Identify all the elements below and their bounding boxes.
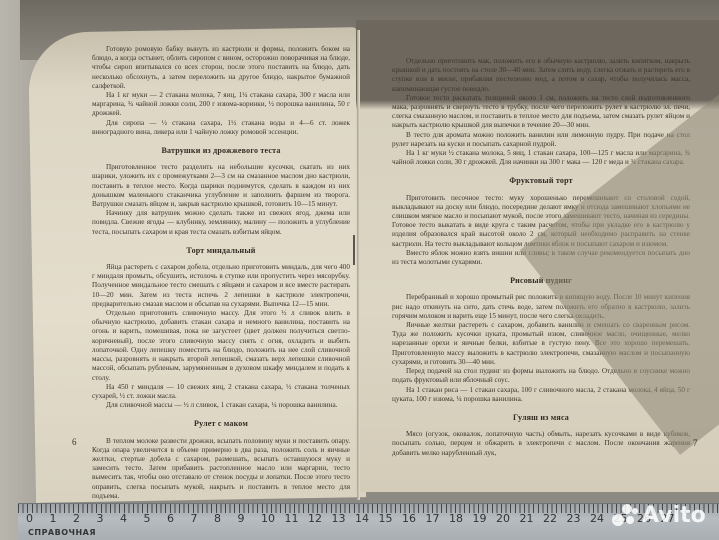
ruler-numbers: 0123456789101112131415161718192021222324…	[26, 512, 684, 525]
ruler-number: 14	[355, 512, 379, 525]
paragraph: На 1 кг муки — 2 стакана молока, 7 яиц, …	[92, 91, 350, 119]
ruler-number: 6	[167, 512, 191, 525]
paragraph: Приготовленное тесто разделить на неболь…	[92, 163, 350, 209]
left-page-text: Готовую ромовую бабку вынуть из кастрюли…	[92, 45, 350, 501]
ruler-number: 1	[50, 512, 74, 525]
paragraph: Яйца растереть с сахаром добела, отдельн…	[92, 263, 350, 309]
ruler-number: 3	[97, 512, 121, 525]
recipe-title: Торт миндальный	[92, 246, 350, 255]
page-number-right: 7	[693, 438, 698, 448]
page-number-left: 6	[72, 437, 77, 447]
ruler-number: 16	[402, 512, 426, 525]
ruler-number: 20	[496, 512, 520, 525]
ruler-number: 21	[520, 512, 544, 525]
paragraph: Мясо (огузок, оковалок, лопаточную часть…	[392, 430, 690, 458]
ruler-number: 12	[308, 512, 332, 525]
book-spine	[357, 30, 360, 500]
paragraph: В теплом молоке развести дрожжи, всыпать…	[92, 437, 350, 501]
ruler-number: 10	[261, 512, 285, 525]
ruler-number: 19	[473, 512, 497, 525]
avito-dots-icon	[612, 504, 638, 528]
recipe-title: Ватрушки из дрожжевого теста	[92, 146, 350, 155]
ruler-label: СПРАВОЧНАЯ	[28, 528, 96, 537]
ruler-number: 17	[426, 512, 450, 525]
ruler-number: 22	[543, 512, 567, 525]
paragraph: На 450 г миндаля — 10 свежих яиц, 2 стак…	[92, 383, 350, 401]
ruler-number: 5	[144, 512, 168, 525]
paragraph: Для сливочной массы — ½ л сливок, 1 стак…	[92, 401, 350, 410]
paragraph: В тесто для аромата можно положить ванил…	[392, 131, 690, 149]
paragraph: Готовое тесто раскатать толщиной около 1…	[392, 94, 690, 131]
ruler-number: 23	[567, 512, 591, 525]
recipe-title: Рулет с маком	[92, 419, 350, 428]
paragraph: Начинку для ватрушек можно сделать также…	[92, 209, 350, 237]
paragraph: Отдельно приготовить сливочную массу. Дл…	[92, 309, 350, 383]
ruler-number: 18	[449, 512, 473, 525]
ruler-number: 15	[379, 512, 403, 525]
ruler-number: 11	[285, 512, 309, 525]
paragraph: Для сиропа — ½ стакана сахара, 1½ стакан…	[92, 119, 350, 137]
ruler-number: 2	[73, 512, 97, 525]
ruler-number: 9	[238, 512, 262, 525]
staple	[353, 235, 355, 265]
recipe-title: Гуляш из мяса	[392, 413, 690, 422]
ruler-number: 0	[26, 512, 50, 525]
ruler-number: 24	[590, 512, 614, 525]
ruler-number: 13	[332, 512, 356, 525]
ruler-number: 7	[191, 512, 215, 525]
paragraph: Готовую ромовую бабку вынуть из кастрюли…	[92, 45, 350, 91]
watermark: Avito	[612, 503, 706, 528]
paragraph: Отдельно приготовить мак, положить его в…	[392, 57, 690, 94]
watermark-brand: Avito	[642, 503, 706, 528]
ruler-number: 4	[120, 512, 144, 525]
ruler-number: 8	[214, 512, 238, 525]
